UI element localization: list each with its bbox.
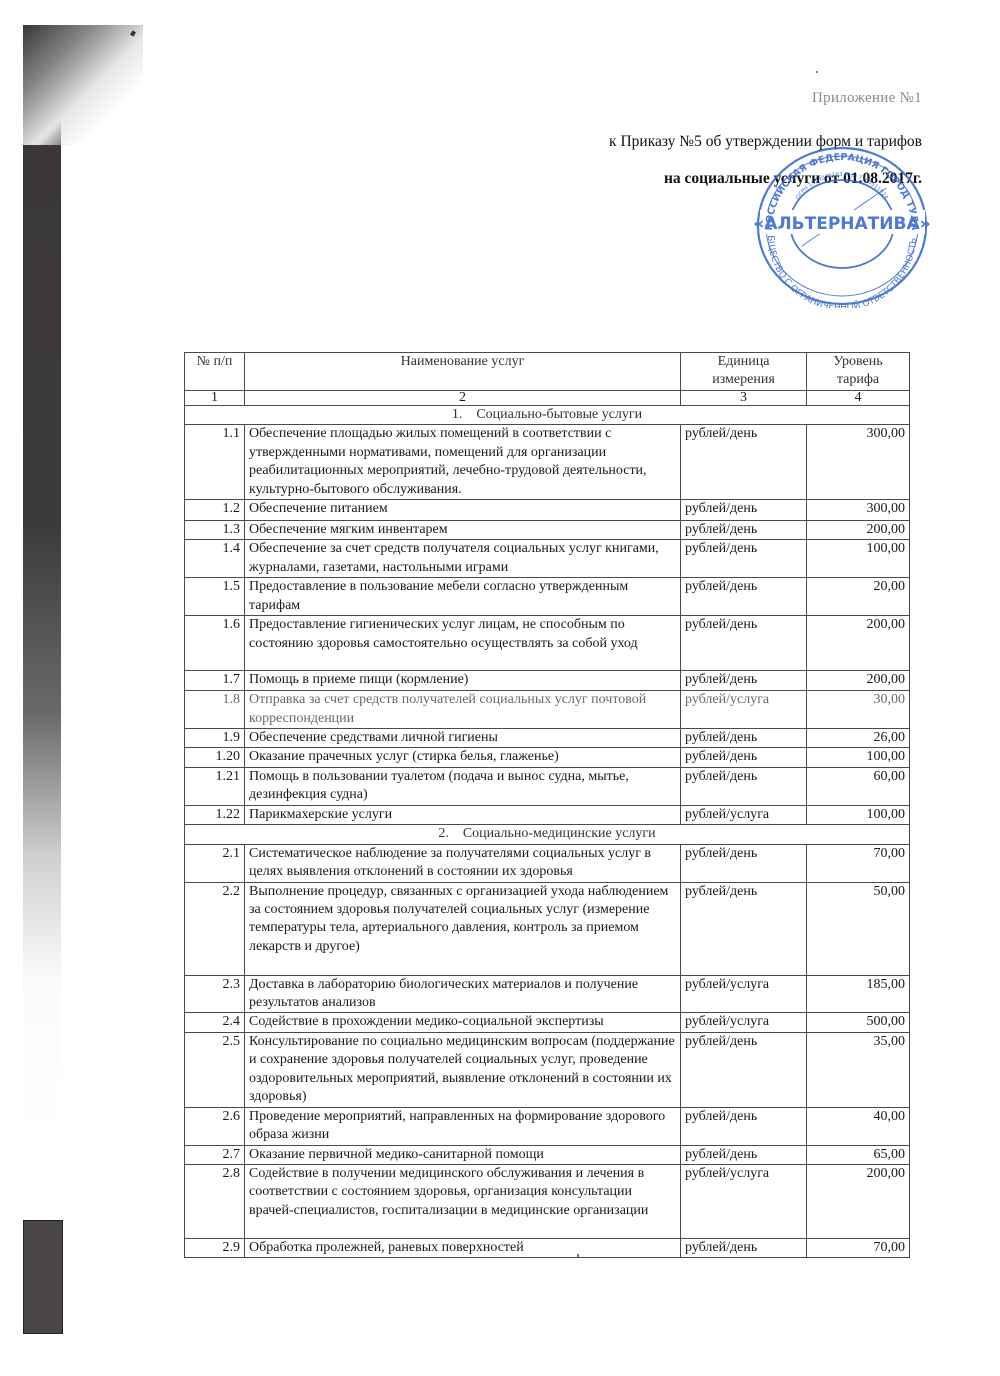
service-name: Обеспечение за счет средств получателя с… [245,540,681,578]
unit-of-measure: рублей/день [681,425,807,500]
row-number: 2.5 [185,1032,245,1107]
tariff-price: 500,00 [807,1013,910,1032]
company-seal: РОССИЙСКАЯ ФЕДЕРАЦИЯ ГОРОД ТУЛА ОГРН 115… [750,138,935,308]
tariff-price: 70,00 [807,844,910,882]
tariff-price: 26,00 [807,729,910,748]
table-row: 1.5Предоставление в пользование мебели с… [185,578,910,616]
unit-of-measure: рублей/услуга [681,805,807,824]
unit-of-measure: рублей/день [681,1238,807,1257]
header-unit: Единица измерения [681,353,807,391]
row-number: 1.1 [185,425,245,500]
service-name: Содействие в получении медицинского обсл… [245,1164,681,1238]
table-row: 2.6Проведение мероприятий, направленных … [185,1107,910,1145]
header-service-name: Наименование услуг [245,353,681,391]
tariff-price: 20,00 [807,578,910,616]
table-row: 2.5Консультирование по социально медицин… [185,1032,910,1107]
scan-edge-shadow [23,25,61,1133]
row-number: 2.2 [185,882,245,975]
row-number: 1.22 [185,805,245,824]
table-row: 1.21Помощь в пользовании туалетом (подач… [185,767,910,805]
row-number: 1.2 [185,500,245,521]
appendix-label: Приложение №1 [812,90,922,107]
tariff-price: 200,00 [807,616,910,671]
table-row: 1.7Помощь в приеме пищи (кормление)рубле… [185,671,910,691]
tariff-price: 185,00 [807,975,910,1013]
service-name: Отправка за счет средств получателей соц… [245,691,681,729]
row-number: 2.7 [185,1145,245,1164]
unit-of-measure: рублей/день [681,767,807,805]
tariff-price: 100,00 [807,540,910,578]
table-row: 2.8Содействие в получении медицинского о… [185,1164,910,1238]
tariff-price: 65,00 [807,1145,910,1164]
row-number: 1.3 [185,521,245,540]
unit-of-measure: рублей/услуга [681,691,807,729]
unit-of-measure: рублей/день [681,540,807,578]
service-name: Оказание первичной медико-санитарной пом… [245,1145,681,1164]
table-row: 1.1Обеспечение площадью жилых помещений … [185,425,910,500]
unit-of-measure: рублей/день [681,844,807,882]
table-row: 2.2Выполнение процедур, связанных с орга… [185,882,910,975]
header-tariff: Уровень тарифа [807,353,910,391]
row-number: 1.21 [185,767,245,805]
service-name: Обеспечение питанием [245,500,681,521]
unit-of-measure: рублей/день [681,578,807,616]
row-number: 1.5 [185,578,245,616]
unit-of-measure: рублей/день [681,616,807,671]
section-header-row: 1.Социально-бытовые услуги [185,406,910,425]
table-row: 1.6Предоставление гигиенических услуг ли… [185,616,910,671]
unit-of-measure: рублей/услуга [681,1013,807,1032]
row-number: 2.4 [185,1013,245,1032]
scan-speck [816,71,818,73]
tariff-price: 50,00 [807,882,910,975]
section-title-text: Социально-бытовые услуги [476,407,642,422]
unit-of-measure: рублей/день [681,521,807,540]
row-number: 1.20 [185,748,245,767]
unit-of-measure: рублей/день [681,748,807,767]
tariff-price: 200,00 [807,521,910,540]
service-name: Доставка в лабораторию биологических мат… [245,975,681,1013]
row-number: 1.6 [185,616,245,671]
table-row: 2.3Доставка в лабораторию биологических … [185,975,910,1013]
scan-edge-bottom [23,1220,63,1334]
service-name: Обеспечение площадью жилых помещений в с… [245,425,681,500]
svg-text:ОГРН 1154008163 ИНН 710651192: ОГРН 1154008163 ИНН 7106511924 [795,172,889,201]
section-title-text: Социально-медицинские услуги [463,826,656,841]
table-row: 1.20Оказание прачечных услуг (стирка бел… [185,748,910,767]
unit-of-measure: рублей/день [681,671,807,691]
table-row: 1.9Обеспечение средствами личной гигиены… [185,729,910,748]
unit-of-measure: рублей/день [681,882,807,975]
section-header-row: 2.Социально-медицинские услуги [185,825,910,844]
row-number: 1.4 [185,540,245,578]
table-row: 2.7Оказание первичной медико-санитарной … [185,1145,910,1164]
section-title: 2.Социально-медицинские услуги [185,825,910,844]
service-name: Предоставление в пользование мебели согл… [245,578,681,616]
tariff-price: 30,00 [807,691,910,729]
tariff-price: 200,00 [807,1164,910,1238]
table-body: 1.Социально-бытовые услуги1.1Обеспечение… [185,406,910,1258]
unit-of-measure: рублей/день [681,729,807,748]
column-number: 2 [245,391,681,406]
seal-org-name: «АЛЬТЕРНАТИВА» [753,214,930,234]
row-number: 2.9 [185,1238,245,1257]
tariff-price: 100,00 [807,805,910,824]
tariff-price: 70,00 [807,1238,910,1257]
unit-of-measure: рублей/день [681,1107,807,1145]
service-name: Предоставление гигиенических услуг лицам… [245,616,681,671]
column-number: 3 [681,391,807,406]
unit-of-measure: рублей/день [681,500,807,521]
row-number: 1.8 [185,691,245,729]
scan-corner-shadow [23,25,143,145]
header-number: № п/п [185,353,245,391]
table-row: 1.22Парикмахерские услугирублей/услуга10… [185,805,910,824]
service-name: Выполнение процедур, связанных с организ… [245,882,681,975]
row-number: 2.6 [185,1107,245,1145]
tariff-price: 40,00 [807,1107,910,1145]
section-title: 1.Социально-бытовые услуги [185,406,910,425]
tariff-table: № п/п Наименование услуг Единица измерен… [184,352,910,1258]
tariff-price: 200,00 [807,671,910,691]
tariff-price: 300,00 [807,500,910,521]
service-name: Проведение мероприятий, направленных на … [245,1107,681,1145]
service-name: Обеспечение мягким инвентарем [245,521,681,540]
service-name: Обеспечение средствами личной гигиены [245,729,681,748]
table-row: 1.8Отправка за счет средств получателей … [185,691,910,729]
unit-of-measure: рублей/услуга [681,1164,807,1238]
section-number: 1. [452,407,463,422]
unit-of-measure: рублей/услуга [681,975,807,1013]
row-number: 2.8 [185,1164,245,1238]
table-row: 1.3Обеспечение мягким инвентаремрублей/д… [185,521,910,540]
service-name: Парикмахерские услуги [245,805,681,824]
tariff-price: 100,00 [807,748,910,767]
table-row: 2.4Содействие в прохождении медико-социа… [185,1013,910,1032]
table-row: 2.9Обработка пролежней, раневых поверхно… [185,1238,910,1257]
row-number: 1.7 [185,671,245,691]
column-number: 1 [185,391,245,406]
service-name: Помощь в приеме пищи (кормление) [245,671,681,691]
unit-of-measure: рублей/день [681,1145,807,1164]
service-name: Консультирование по социально медицински… [245,1032,681,1107]
service-name: Систематическое наблюдение за получателя… [245,844,681,882]
unit-of-measure: рублей/день [681,1032,807,1107]
column-number-row: 1 2 3 4 [185,391,910,406]
table-row: 1.4Обеспечение за счет средств получател… [185,540,910,578]
table-row: 1.2Обеспечение питаниемрублей/день300,00 [185,500,910,521]
service-name: Оказание прачечных услуг (стирка белья, … [245,748,681,767]
tariff-price: 35,00 [807,1032,910,1107]
row-number: 2.3 [185,975,245,1013]
column-number: 4 [807,391,910,406]
row-number: 1.9 [185,729,245,748]
row-number: 2.1 [185,844,245,882]
table-row: 2.1Систематическое наблюдение за получат… [185,844,910,882]
service-name: Помощь в пользовании туалетом (подача и … [245,767,681,805]
tariff-price: 60,00 [807,767,910,805]
service-name: Содействие в прохождении медико-социальн… [245,1013,681,1032]
tariff-price: 300,00 [807,425,910,500]
section-number: 2. [438,826,449,841]
service-name: Обработка пролежней, раневых поверхносте… [245,1238,681,1257]
table-header-row: № п/п Наименование услуг Единица измерен… [185,353,910,391]
